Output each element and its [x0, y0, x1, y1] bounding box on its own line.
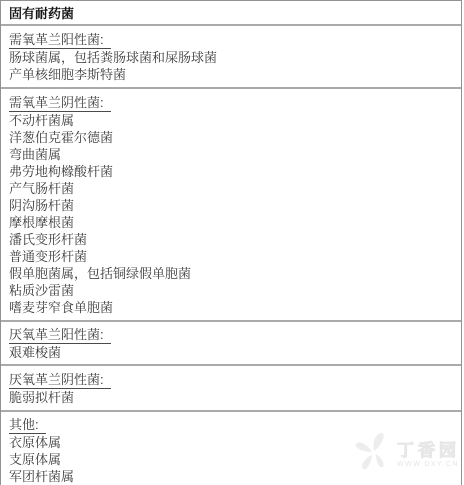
intrinsic-resistance-table: 固有耐药菌 需氧革兰阳性菌: 肠球菌属，包括粪肠球菌和屎肠球菌 产单核细胞李斯特… — [0, 0, 462, 485]
organism-item: 衣原体属 — [9, 434, 453, 451]
organism-item: 粘质沙雷菌 — [9, 282, 453, 299]
organism-item: 肠球菌属，包括粪肠球菌和屎肠球菌 — [9, 49, 453, 66]
organism-item: 艰难梭菌 — [9, 344, 453, 361]
section-heading: 需氧革兰阴性菌: — [9, 94, 111, 112]
organism-item: 弗劳地枸橼酸杆菌 — [9, 163, 453, 180]
organism-item: 洋葱伯克霍尔德菌 — [9, 129, 453, 146]
organism-item: 假单胞菌属，包括铜绿假单胞菌 — [9, 265, 453, 282]
section-anaerobic-gram-negative: 厌氧革兰阴性菌: 脆弱拟杆菌 — [1, 364, 461, 410]
table-title: 固有耐药菌 — [1, 1, 461, 24]
organism-item: 产单核细胞李斯特菌 — [9, 66, 453, 83]
organism-item: 潘氏变形杆菌 — [9, 231, 453, 248]
organism-item: 嗜麦芽窄食单胞菌 — [9, 299, 453, 316]
organism-item: 支原体属 — [9, 451, 453, 468]
organism-item: 阴沟肠杆菌 — [9, 197, 453, 214]
section-others: 其他: 衣原体属 支原体属 军团杆菌属 — [1, 410, 461, 485]
section-anaerobic-gram-positive: 厌氧革兰阳性菌: 艰难梭菌 — [1, 320, 461, 364]
organism-item: 普通变形杆菌 — [9, 248, 453, 265]
organism-item: 弯曲菌属 — [9, 146, 453, 163]
organism-item: 脆弱拟杆菌 — [9, 389, 453, 406]
organism-item: 不动杆菌属 — [9, 112, 453, 129]
organism-item: 摩根摩根菌 — [9, 214, 453, 231]
section-heading: 其他: — [9, 416, 46, 434]
organism-item: 军团杆菌属 — [9, 468, 453, 485]
section-aerobic-gram-negative: 需氧革兰阴性菌: 不动杆菌属 洋葱伯克霍尔德菌 弯曲菌属 弗劳地枸橼酸杆菌 产气… — [1, 87, 461, 320]
section-heading: 需氧革兰阳性菌: — [9, 31, 111, 49]
section-heading: 厌氧革兰阳性菌: — [9, 326, 111, 344]
section-heading: 厌氧革兰阴性菌: — [9, 371, 111, 389]
section-aerobic-gram-positive: 需氧革兰阳性菌: 肠球菌属，包括粪肠球菌和屎肠球菌 产单核细胞李斯特菌 — [1, 24, 461, 87]
organism-item: 产气肠杆菌 — [9, 180, 453, 197]
